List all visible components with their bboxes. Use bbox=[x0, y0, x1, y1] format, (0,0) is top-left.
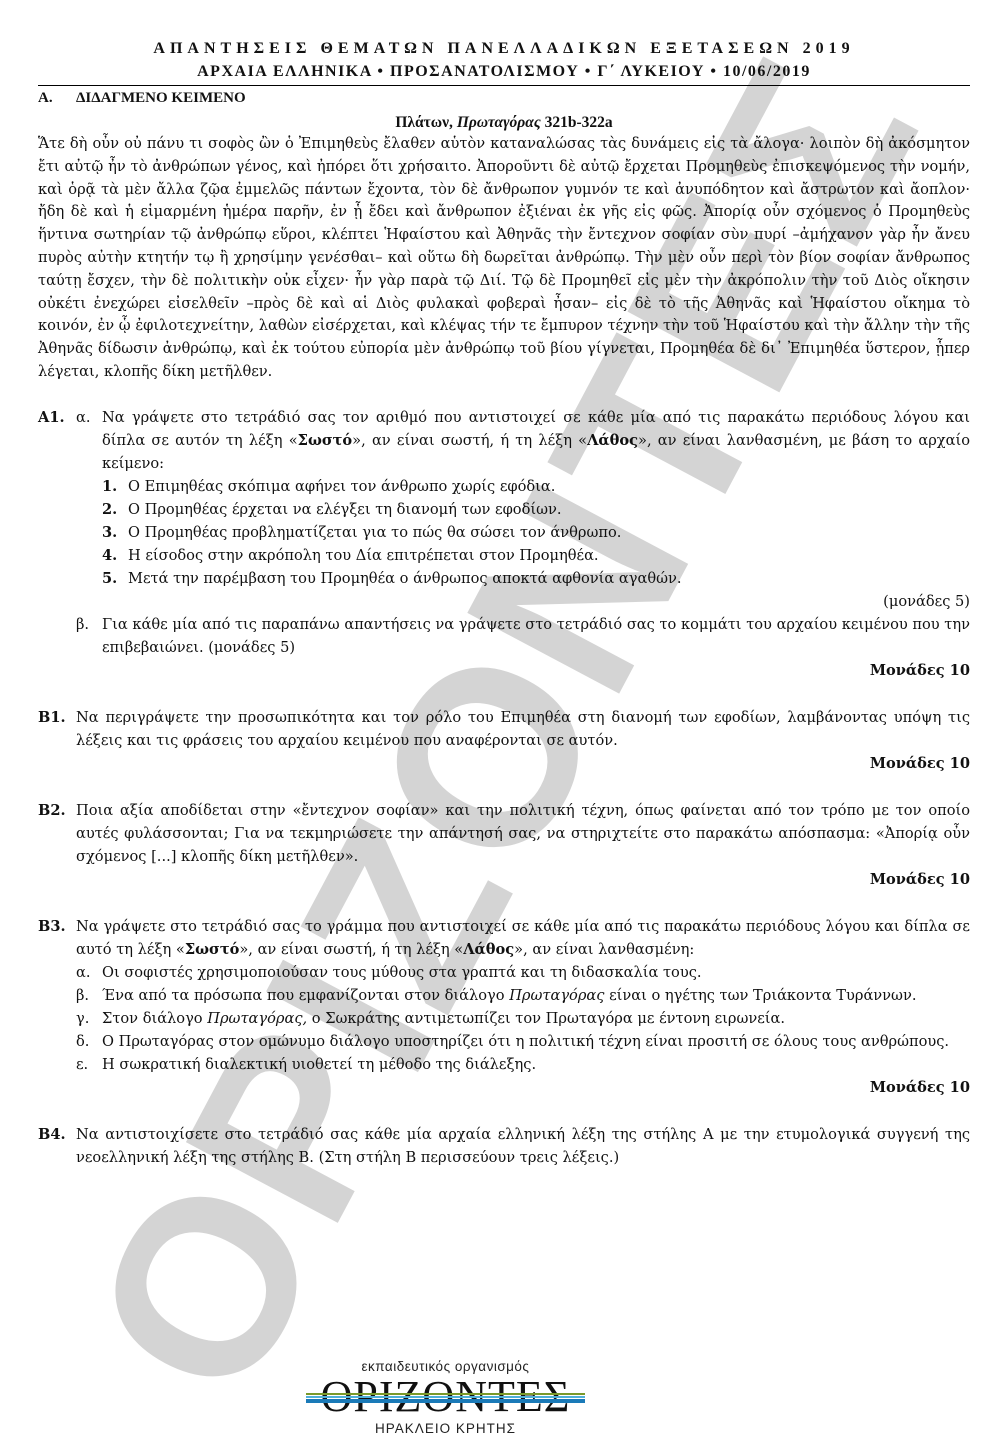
sub-label: α. bbox=[76, 406, 102, 475]
logo-stripe bbox=[306, 1399, 585, 1403]
sub-marks: (μονάδες 5) bbox=[76, 590, 970, 613]
section-heading: Α.ΔΙΔΑΓΜΕΝΟ ΚΕΙΜΕΝΟ bbox=[38, 90, 970, 107]
source-ref: 321b-322a bbox=[545, 114, 613, 131]
list-item: γ.Στον διάλογο Πρωταγόρας, ο Σωκράτης αν… bbox=[76, 1007, 970, 1030]
question-number: Β1. bbox=[38, 706, 76, 775]
question-a1: Α1. α. Να γράψετε στο τετράδιό σας τον α… bbox=[38, 406, 970, 682]
logo-location: ΗΡΑΚΛΕΙΟ ΚΡΗΤΗΣ bbox=[303, 1421, 588, 1436]
question-number: Β2. bbox=[38, 799, 76, 891]
list-item: 3.Ο Προμηθέας προβληματίζεται για το πώς… bbox=[102, 521, 970, 544]
marks: Μονάδες 10 bbox=[76, 868, 970, 891]
a1-items: 1.Ο Επιμηθέας σκόπιμα αφήνει τον άνθρωπο… bbox=[102, 475, 970, 590]
question-text: Να γράψετε στο τετράδιό σας το γράμμα πο… bbox=[76, 915, 970, 961]
section-label: Α. bbox=[38, 90, 76, 107]
question-b4: Β4. Να αντιστοιχίσετε στο τετράδιό σας κ… bbox=[38, 1123, 970, 1169]
section-title: ΔΙΔΑΓΜΕΝΟ ΚΕΙΜΕΝΟ bbox=[76, 90, 246, 106]
list-item: β.Ένα από τα πρόσωπα που εμφανίζονται στ… bbox=[76, 984, 970, 1007]
marks: Μονάδες 10 bbox=[76, 752, 970, 775]
list-item: 4.Η είσοδος στην ακρόπολη του Δία επιτρέ… bbox=[102, 544, 970, 567]
marks: Μονάδες 10 bbox=[76, 1076, 970, 1099]
marks: Μονάδες 10 bbox=[76, 659, 970, 682]
source-citation: Πλάτων, Πρωταγόρας 321b-322a bbox=[38, 114, 970, 132]
ancient-text: Ἅτε δὴ οὖν οὐ πάνυ τι σοφὸς ὢν ὁ Ἐπιμηθε… bbox=[38, 133, 970, 384]
question-text: Ποια αξία αποδίδεται στην «ἔντεχνον σοφί… bbox=[76, 799, 970, 868]
footer-logo: εκπαιδευτικός οργανισμός ΟΡΙΖΟΝΤΕΣ ΗΡΑΚΛ… bbox=[303, 1350, 588, 1451]
document-subtitle: ΑΡΧΑΙΑ ΕΛΛΗΝΙΚΑ • ΠΡΟΣΑΝΑΤΟΛΙΣΜΟΥ • Γ΄ Λ… bbox=[38, 63, 970, 86]
sub-label: β. bbox=[76, 613, 102, 659]
question-number: Β3. bbox=[38, 915, 76, 1099]
logo-stripe bbox=[306, 1393, 585, 1395]
list-item: α.Οι σοφιστές χρησιμοποιούσαν τους μύθου… bbox=[76, 961, 970, 984]
list-item: 1.Ο Επιμηθέας σκόπιμα αφήνει τον άνθρωπο… bbox=[102, 475, 970, 498]
question-number: Β4. bbox=[38, 1123, 76, 1169]
logo-stripe bbox=[306, 1396, 585, 1398]
source-work: Πρωταγόρας bbox=[457, 114, 541, 131]
question-b2: Β2. Ποια αξία αποδίδεται στην «ἔντεχνον … bbox=[38, 799, 970, 891]
sub-text: Να γράψετε στο τετράδιό σας τον αριθμό π… bbox=[102, 406, 970, 475]
question-text: Να περιγράψετε την προσωπικότητα και τον… bbox=[76, 706, 970, 752]
sub-text: Για κάθε μία από τις παραπάνω απαντήσεις… bbox=[102, 613, 970, 659]
list-item: 2.Ο Προμηθέας έρχεται να ελέγξει τη διαν… bbox=[102, 498, 970, 521]
question-b1: Β1. Να περιγράψετε την προσωπικότητα και… bbox=[38, 706, 970, 775]
list-item: δ.Ο Πρωταγόρας στον ομώνυμο διάλογο υποσ… bbox=[76, 1030, 970, 1053]
question-number: Α1. bbox=[38, 406, 76, 682]
question-text: Να αντιστοιχίσετε στο τετράδιό σας κάθε … bbox=[76, 1123, 970, 1169]
document-title: ΑΠΑΝΤΗΣΕΙΣ ΘΕΜΑΤΩΝ ΠΑΝΕΛΛΑΔΙΚΩΝ ΕΞΕΤΑΣΕΩ… bbox=[38, 40, 970, 58]
source-author: Πλάτων, bbox=[395, 114, 453, 131]
exam-page: ΑΠΑΝΤΗΣΕΙΣ ΘΕΜΑΤΩΝ ΠΑΝΕΛΛΑΔΙΚΩΝ ΕΞΕΤΑΣΕΩ… bbox=[0, 40, 1008, 1169]
question-b3: Β3. Να γράψετε στο τετράδιό σας το γράμμ… bbox=[38, 915, 970, 1099]
list-item: ε.Η σωκρατική διαλεκτική υιοθετεί τη μέθ… bbox=[76, 1053, 970, 1076]
list-item: 5.Μετά την παρέμβαση του Προμηθέα ο άνθρ… bbox=[102, 567, 970, 590]
